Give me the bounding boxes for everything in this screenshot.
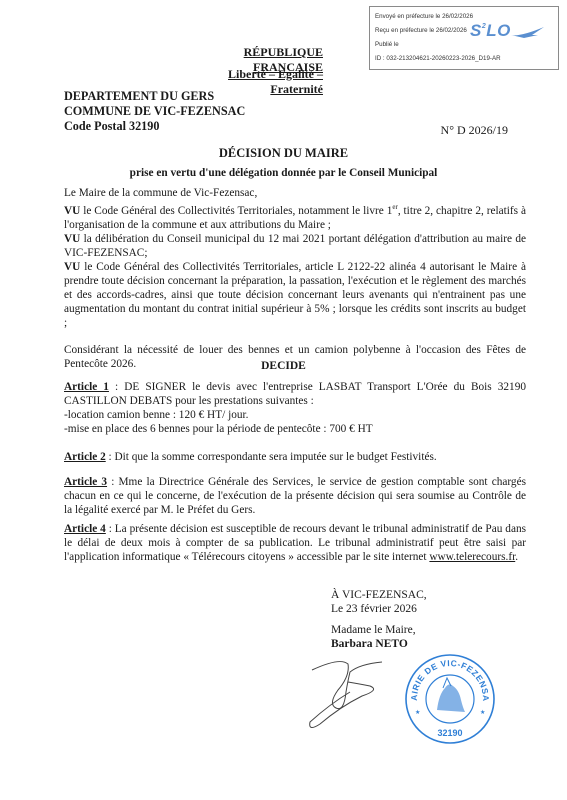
vu-label: VU	[64, 233, 80, 245]
vu-label: VU	[64, 261, 80, 273]
article-end: .	[515, 551, 518, 563]
page-title: DÉCISION DU MAIRE	[0, 146, 567, 161]
vu-text: le Code Général des Collectivités Territ…	[64, 261, 526, 329]
vu-text: le Code Général des Collectivités Territ…	[80, 205, 392, 217]
article-label: Article 4	[64, 523, 106, 535]
signature-role: Madame le Maire,	[331, 623, 416, 637]
svg-text:32190: 32190	[437, 728, 462, 738]
article-text: : DE SIGNER le devis avec l'entreprise L…	[64, 381, 526, 407]
svg-text:★: ★	[480, 709, 485, 716]
article-1: Article 1 : DE SIGNER le devis avec l'en…	[64, 380, 526, 436]
article-text: : Mme la Directrice Générale des Service…	[64, 476, 526, 516]
slo-logo-lo: LO	[486, 21, 511, 40]
telerecours-link[interactable]: www.telerecours.fr	[429, 551, 515, 563]
page-subtitle: prise en vertu d'une délégation donnée p…	[0, 167, 567, 179]
stamp-published: Publié le	[375, 38, 558, 52]
signature-place: À VIC-FEZENSAC,	[331, 588, 427, 602]
article-label: Article 2	[64, 451, 106, 463]
decision-number: N° D 2026/19	[441, 123, 508, 138]
vu-paragraph-1: VU le Code Général des Collectivités Ter…	[64, 200, 526, 232]
article-label: Article 1	[64, 381, 109, 393]
postal-line: Code Postal 32190	[64, 119, 245, 134]
slo-wing-icon	[510, 25, 546, 39]
article-item: -location camion benne : 120 € HT/ jour.	[64, 408, 526, 422]
department-block: DEPARTEMENT DU GERS COMMUNE DE VIC-FEZEN…	[64, 89, 245, 134]
commune-line: COMMUNE DE VIC-FEZENSAC	[64, 104, 245, 119]
stamp-sent: Envoyé en préfecture le 26/02/2026	[375, 10, 558, 24]
department-line: DEPARTEMENT DU GERS	[64, 89, 245, 104]
vu-text: la délibération du Conseil municipal du …	[64, 233, 526, 259]
article-1-text: Article 1 : DE SIGNER le devis avec l'en…	[64, 380, 526, 408]
stamp-id: ID : 032-213204621-20260223-2026_D19-AR	[375, 52, 558, 66]
decide-heading: DECIDE	[0, 360, 567, 372]
official-seal: MAIRIE DE VIC-FEZENSAC ★ ★ 32190	[403, 652, 497, 746]
preamble: Le Maire de la commune de Vic-Fezensac, …	[64, 186, 526, 371]
svg-text:★: ★	[415, 709, 420, 716]
intro-line: Le Maire de la commune de Vic-Fezensac,	[64, 186, 526, 200]
slo-logo: S2LO	[470, 21, 511, 41]
article-4: Article 4 : La présente décision est sus…	[64, 522, 526, 564]
slo-logo-s: S	[470, 21, 482, 40]
vu-paragraph-3: VU le Code Général des Collectivités Ter…	[64, 260, 526, 330]
article-item: -mise en place des 6 bennes pour la péri…	[64, 422, 526, 436]
prefecture-stamp: Envoyé en préfecture le 26/02/2026 Reçu …	[369, 6, 559, 70]
article-2: Article 2 : Dit que la somme corresponda…	[64, 450, 526, 464]
signature-date: Le 23 février 2026	[331, 602, 417, 616]
vu-paragraph-2: VU la délibération du Conseil municipal …	[64, 232, 526, 260]
handwritten-signature	[300, 652, 410, 732]
article-text: : Dit que la somme correspondante sera i…	[106, 451, 437, 463]
signature-name: Barbara NETO	[331, 637, 408, 651]
article-label: Article 3	[64, 476, 107, 488]
article-3: Article 3 : Mme la Directrice Générale d…	[64, 475, 526, 517]
vu-label: VU	[64, 205, 80, 217]
